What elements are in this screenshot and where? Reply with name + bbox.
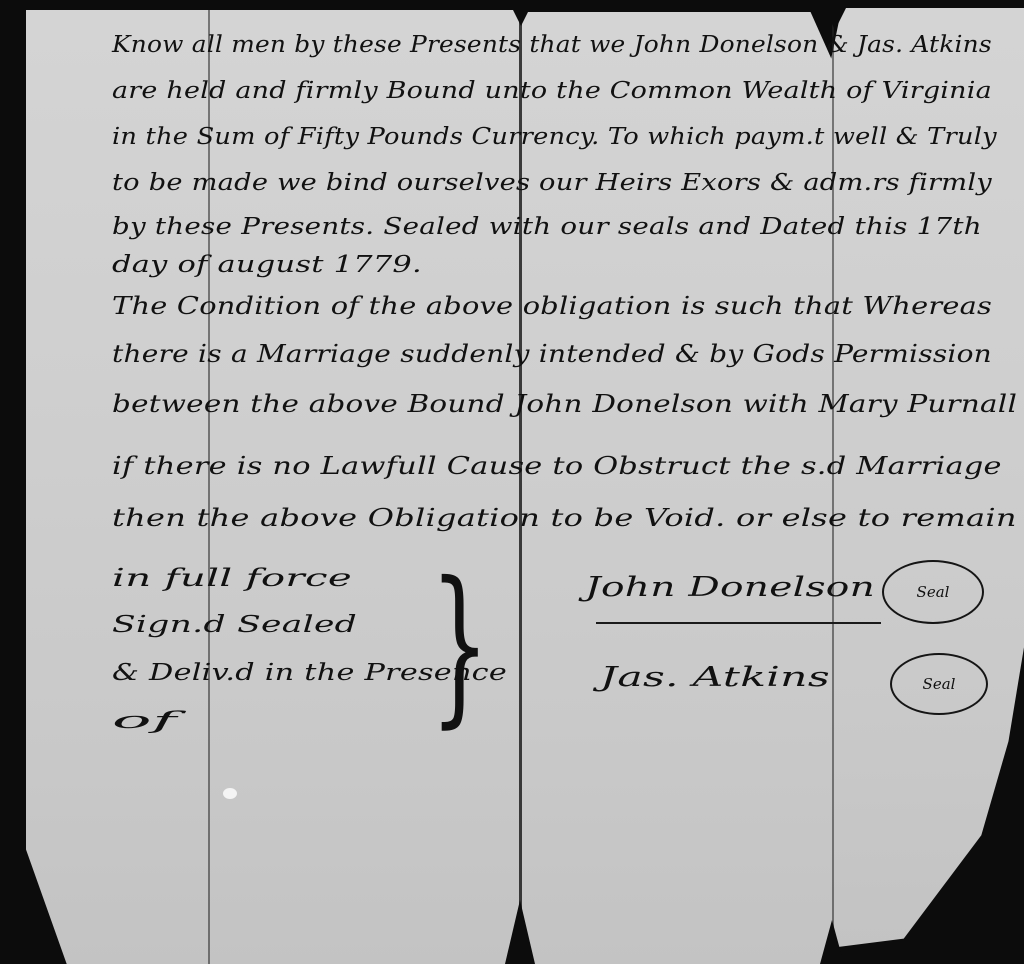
- paper-panel-3: [518, 12, 836, 964]
- signature-jas-atkins: Jas. Atkins: [600, 662, 830, 693]
- bond-line-1: Know all men by these Presents that we J…: [112, 32, 992, 58]
- wax-seal-1: Seal: [882, 560, 984, 624]
- condition-line-4: if there is no Lawfull Cause to Obstruct…: [112, 452, 1002, 480]
- bond-line-5: by these Presents. Sealed with our seals…: [112, 214, 982, 240]
- condition-line-2: there is a Marriage suddenly intended & …: [112, 340, 992, 368]
- seal-label-2: Seal: [923, 675, 956, 693]
- condition-line-6: in full force: [112, 564, 352, 592]
- condition-line-1: The Condition of the above obligation is…: [112, 292, 992, 320]
- paper-panel-1: [26, 10, 211, 964]
- bond-line-6: day of august 1779.: [112, 252, 422, 278]
- condition-line-5: then the above Obligation to be Void. or…: [112, 504, 1017, 532]
- seal-label-1: Seal: [917, 583, 950, 601]
- fold-line-2: [519, 12, 522, 964]
- witness-brace: }: [430, 560, 489, 730]
- condition-line-3: between the above Bound John Donelson wi…: [112, 390, 1017, 418]
- fold-line-1: [208, 10, 210, 964]
- attestation-line-3: of: [112, 708, 177, 734]
- bond-line-2: are held and firmly Bound unto the Commo…: [112, 78, 992, 104]
- bond-line-4: to be made we bind ourselves our Heirs E…: [112, 170, 992, 196]
- wax-seal-2: Seal: [890, 653, 988, 715]
- signature-underline: [596, 622, 881, 624]
- paper-hole: [223, 788, 237, 799]
- document-scan: Know all men by these Presents that we J…: [0, 0, 1024, 964]
- attestation-line-1: Sign.d Sealed: [112, 612, 357, 638]
- bond-line-3: in the Sum of Fifty Pounds Currency. To …: [112, 124, 997, 150]
- signature-john-donelson: John Donelson: [585, 572, 875, 603]
- paper-panel-2: [206, 10, 524, 964]
- paper-sheet: Know all men by these Presents that we J…: [0, 0, 1024, 964]
